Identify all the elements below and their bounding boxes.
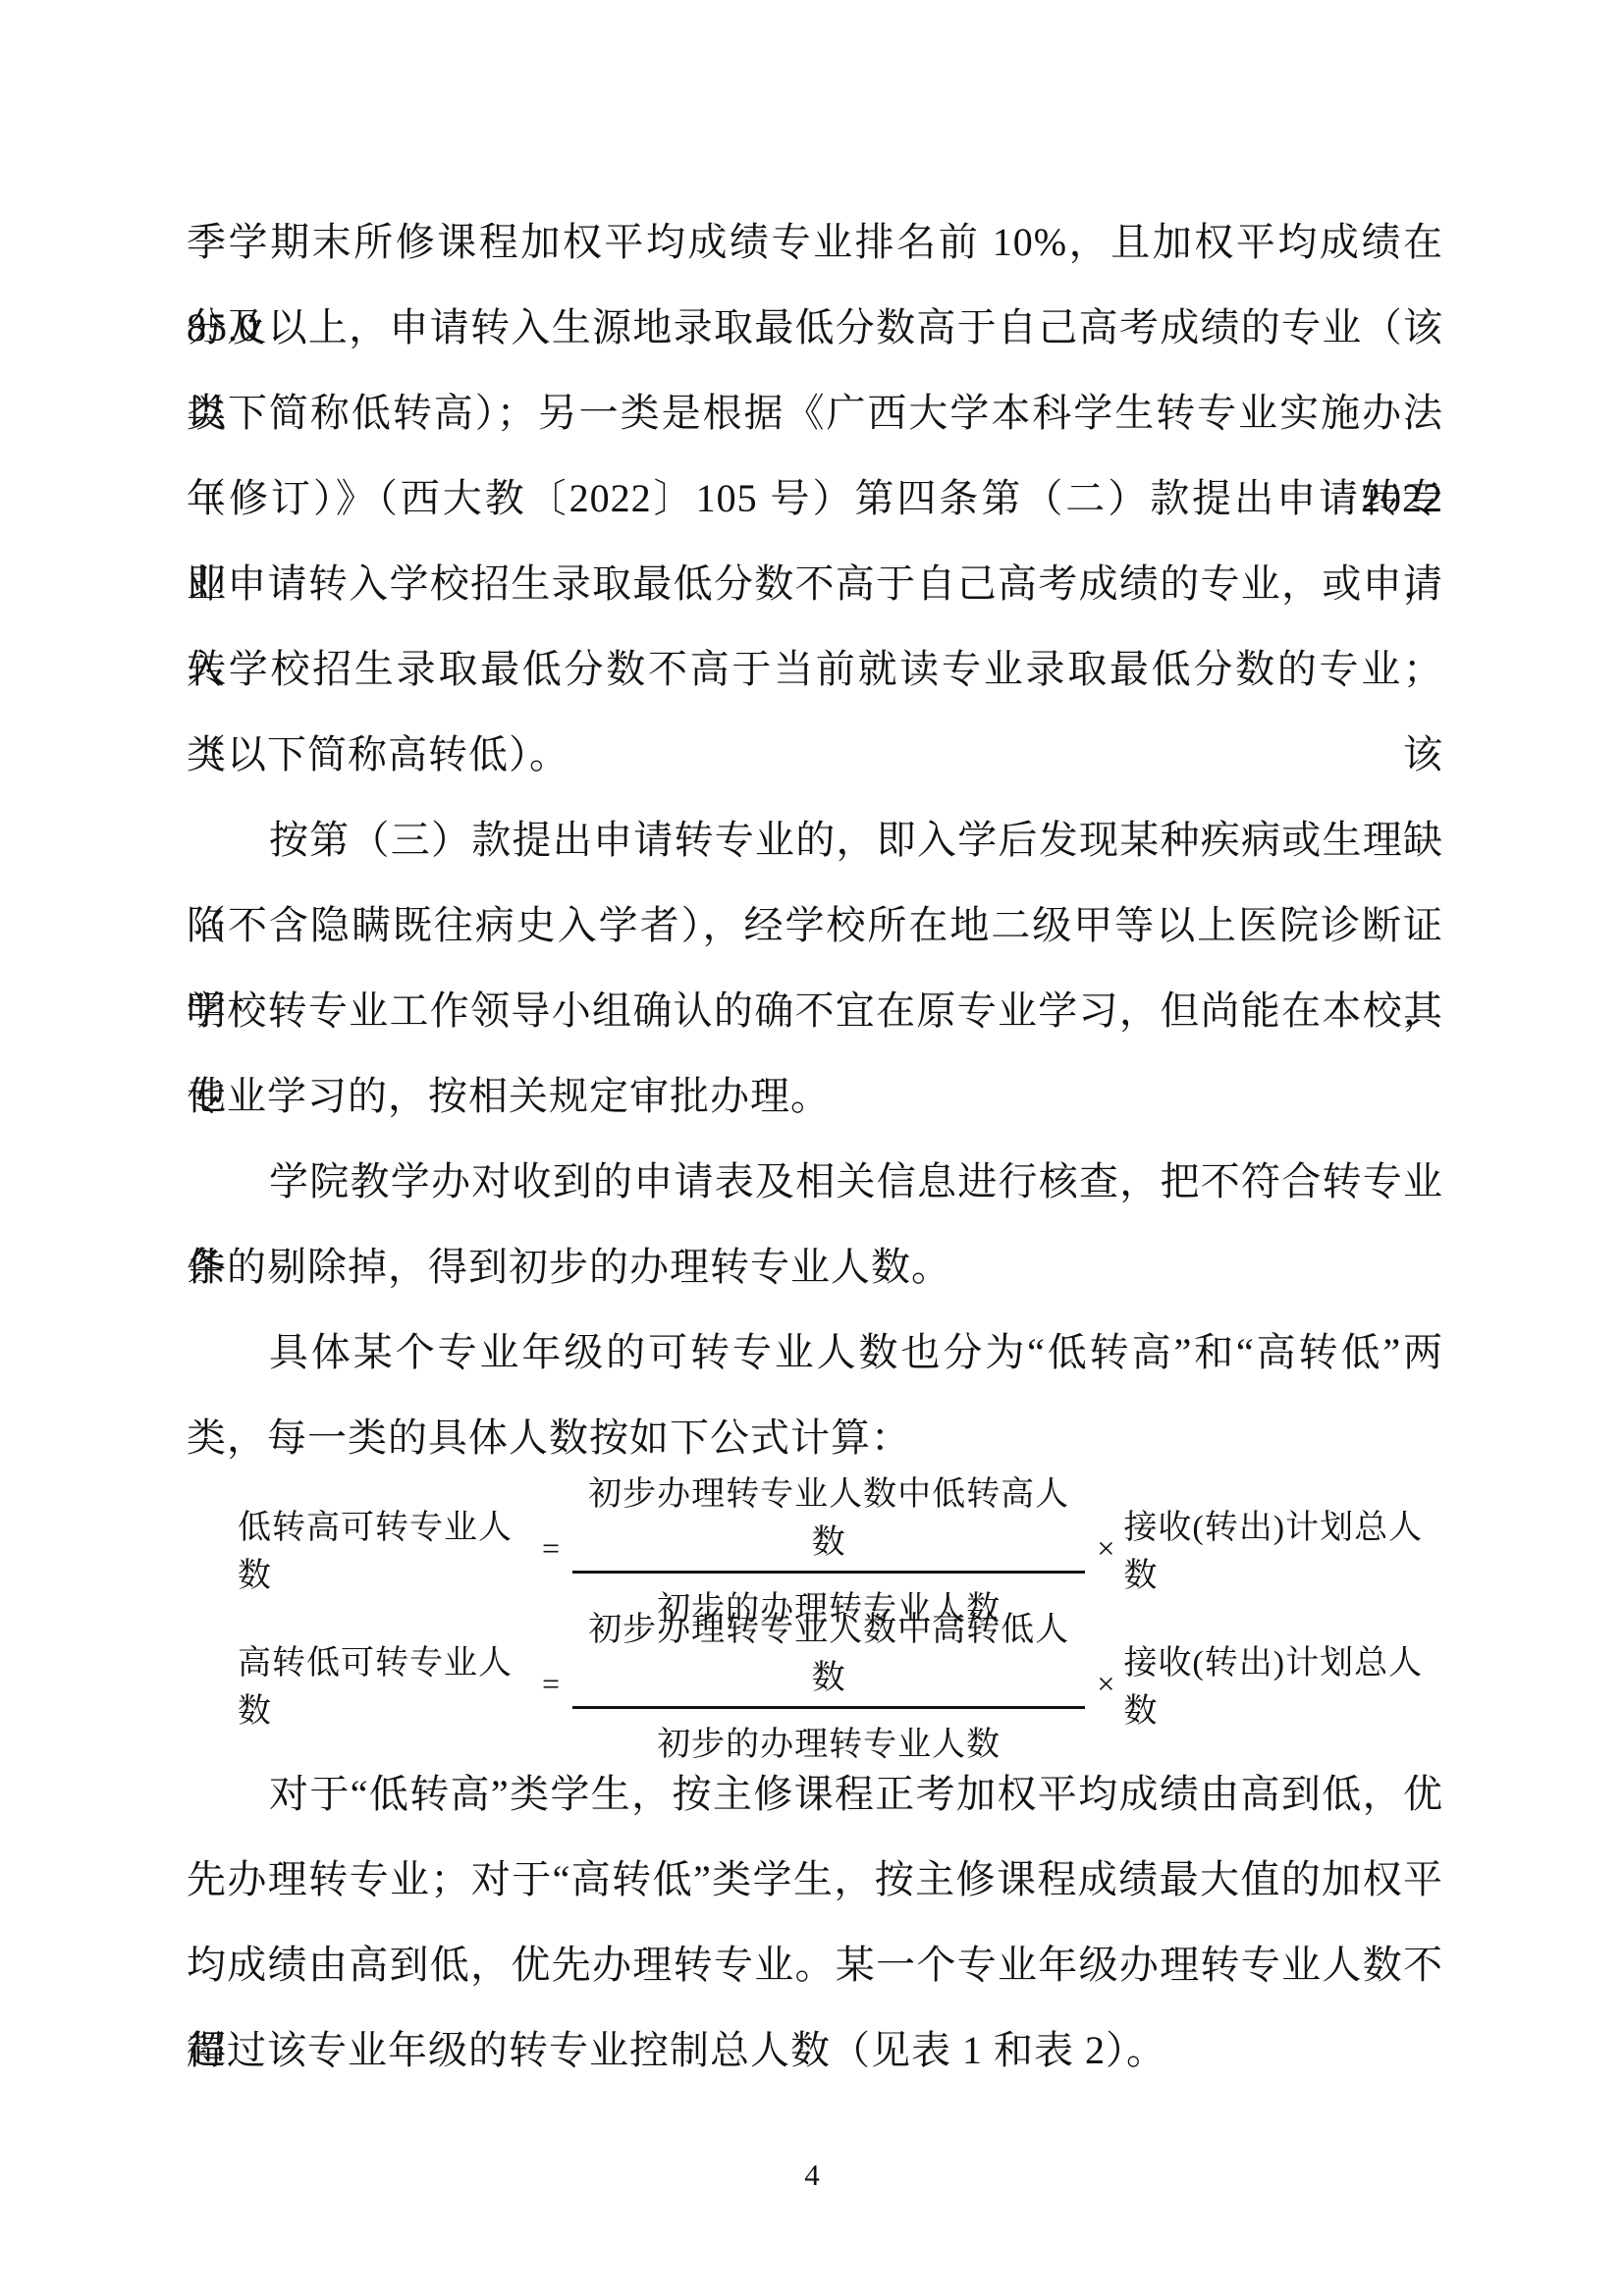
text-line: 均成绩由高到低，优先办理转专业。某一个专业年级办理转专业人数不得 bbox=[187, 1922, 1443, 2007]
text-line: 入学校招生录取最低分数不高于当前就读专业录取最低分数的专业；（该 bbox=[187, 626, 1443, 712]
formula-rhs: 接收(转出)计划总人数 bbox=[1123, 1635, 1443, 1732]
text-line: 超过该专业年级的转专业控制总人数（见表 1 和表 2）。 bbox=[187, 2007, 1443, 2093]
formula-lhs: 高转低可转专业人数 bbox=[238, 1635, 534, 1732]
text-line: 学院教学办对收到的申请表及相关信息进行核查，把不符合转专业条 bbox=[187, 1139, 1443, 1224]
text-line: 年修订）》（西大教〔2022〕105 号）第四条第（二）款提出申请转专业， bbox=[187, 455, 1443, 541]
formula-high-to-low: 高转低可转专业人数 = 初步办理转专业人数中高转低人数 初步的办理转专业人数 ×… bbox=[187, 1616, 1443, 1751]
document-page: 季学期末所修课程加权平均成绩专业排名前 10%，且加权平均成绩在 85.0 分及… bbox=[0, 0, 1624, 2296]
text-line: 分及以上，申请转入生源地录取最低分数高于自己高考成绩的专业（该类 bbox=[187, 285, 1443, 370]
equals-sign: = bbox=[542, 1666, 561, 1702]
formula-low-to-high: 低转高可转专业人数 = 初步办理转专业人数中低转高人数 初步的办理转专业人数 ×… bbox=[187, 1480, 1443, 1616]
formula-rhs: 接收(转出)计划总人数 bbox=[1123, 1500, 1443, 1596]
text-line: 即申请转入学校招生录取最低分数不高于自己高考成绩的专业，或申请转 bbox=[187, 541, 1443, 626]
text-line: 件的剔除掉，得到初步的办理转专业人数。 bbox=[187, 1224, 1443, 1309]
text-line: 季学期末所修课程加权平均成绩专业排名前 10%，且加权平均成绩在 85.0 bbox=[187, 199, 1443, 285]
document-body: 季学期末所修课程加权平均成绩专业排名前 10%，且加权平均成绩在 85.0 分及… bbox=[187, 199, 1443, 2093]
multiply-sign: × bbox=[1097, 1666, 1115, 1702]
fraction: 初步办理转专业人数中高转低人数 初步的办理转专业人数 bbox=[572, 1602, 1085, 1765]
fraction-numerator: 初步办理转专业人数中高转低人数 bbox=[572, 1602, 1085, 1709]
text-line: 对于“低转高”类学生，按主修课程正考加权平均成绩由高到低，优 bbox=[187, 1751, 1443, 1837]
equals-sign: = bbox=[542, 1530, 561, 1567]
text-line: （不含隐瞒既往病史入学者），经学校所在地二级甲等以上医院诊断证明， bbox=[187, 882, 1443, 968]
text-line: 学校转专业工作领导小组确认的确不宜在原专业学习，但尚能在本校其他 bbox=[187, 968, 1443, 1053]
text-line: 具体某个专业年级的可转专业人数也分为“低转高”和“高转低”两 bbox=[187, 1309, 1443, 1395]
text-line: 按第（三）款提出申请转专业的，即入学后发现某种疾病或生理缺陷 bbox=[187, 797, 1443, 882]
fraction-numerator: 初步办理转专业人数中低转高人数 bbox=[572, 1467, 1085, 1574]
multiply-sign: × bbox=[1097, 1530, 1115, 1567]
text-line: 先办理转专业；对于“高转低”类学生，按主修课程成绩最大值的加权平 bbox=[187, 1837, 1443, 1922]
formula-lhs: 低转高可转专业人数 bbox=[238, 1500, 534, 1596]
text-line: 专业学习的，按相关规定审批办理。 bbox=[187, 1053, 1443, 1139]
text-line: 以下简称低转高）；另一类是根据《广西大学本科学生转专业实施办法（2022 bbox=[187, 370, 1443, 455]
page-number: 4 bbox=[0, 2156, 1624, 2195]
